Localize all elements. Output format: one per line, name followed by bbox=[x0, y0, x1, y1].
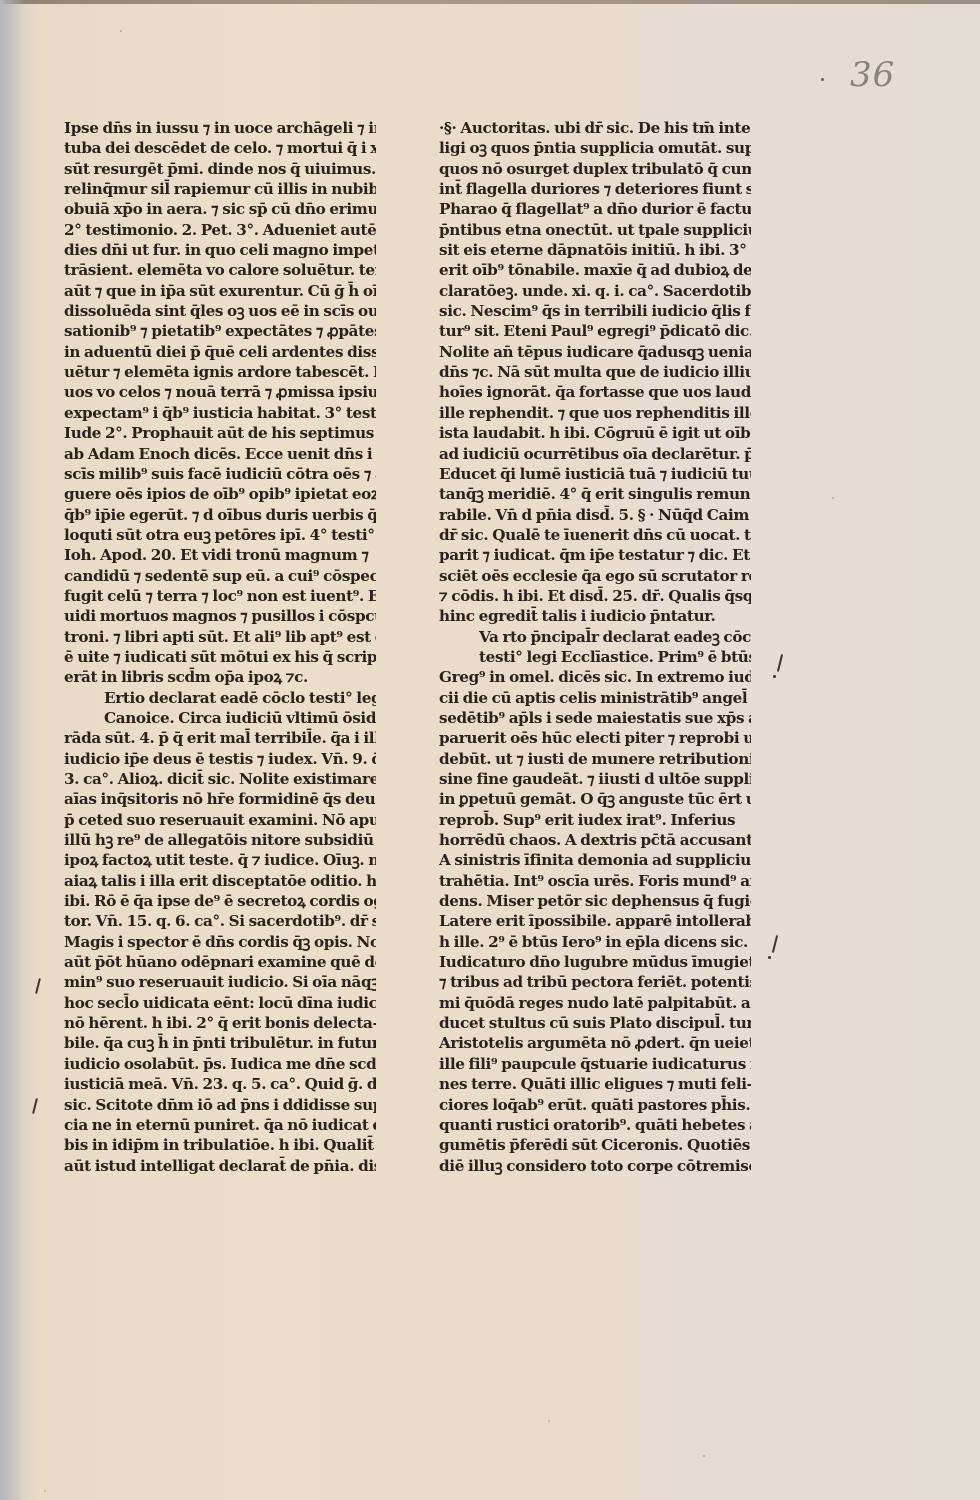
margin-stroke-mark bbox=[35, 978, 41, 994]
text-line: Iude 2°. Prophauit aūt de his septimus bbox=[64, 423, 376, 443]
text-line: relinq̄mur sil̄ rapiemur cū illis in nub… bbox=[64, 179, 376, 199]
text-line: bile. q̄a cuꝫ h̄ in p̄nti tribulētur. in… bbox=[64, 1033, 376, 1053]
text-line: sic. Scitote dn̄m iō ad p̄ns i ddidisse … bbox=[64, 1095, 376, 1115]
text-line: sationib⁹ ⁊ pietatib⁹ expectātes ⁊ ꝓpāte… bbox=[64, 321, 376, 341]
text-line: claratōeꝫ. unde. xi. q. i. ca°. Sacerdot… bbox=[439, 281, 751, 301]
text-line: h ille. 2⁹ ē btūs Iero⁹ in ep̄la dicens … bbox=[439, 932, 751, 952]
margin-dot-mark bbox=[773, 675, 776, 678]
folio-number: 36 bbox=[850, 55, 895, 95]
text-line: guere oēs ipios de oīb⁹ opib⁹ ipietat eo… bbox=[64, 484, 376, 504]
text-line: quos nō osurget duplex tribulatō q̄ cum bbox=[439, 159, 751, 179]
text-line: tanq̄ꝫ meridiē. 4° q̄ erit singulis remu… bbox=[439, 484, 751, 504]
text-line: sic. Nescim⁹ q̄s in terribili iudicio q̄… bbox=[439, 301, 751, 321]
page-top-edge bbox=[0, 0, 980, 4]
text-line: Nolite an̄ tēpus iudicare q̄adusqꝫ uenia… bbox=[439, 342, 751, 362]
text-line: ista laudabit. h ibi. Cōgruū ē igit ut o… bbox=[439, 423, 751, 443]
text-line: cia ne in eternū puniret. q̄a nō iudicat… bbox=[64, 1115, 376, 1135]
text-line: trāsient. elemēta vo calore soluētur. te… bbox=[64, 260, 376, 280]
margin-stroke-mark bbox=[772, 935, 778, 953]
text-line: p̄ ceted suo reseruauit examini. Nō apud bbox=[64, 810, 376, 830]
text-line: Latere erit īpossibile. apparē intollera… bbox=[439, 911, 751, 931]
text-line: fugit celū ⁊ terra ⁊ loc⁹ non est iuent⁹… bbox=[64, 586, 376, 606]
text-line: aīas inq̄sitoris nō hr̄e formidinē q̄s d… bbox=[64, 789, 376, 809]
text-line: aūt ⁊ que in ip̄a sūt exurentur. Cū ḡ h̄… bbox=[64, 281, 376, 301]
text-line: ⁊ tribus ad tribū pectora feriēt. potent… bbox=[439, 972, 751, 992]
text-line: paruerit oēs hūc electi piter ⁊ reprobi … bbox=[439, 728, 751, 748]
text-line: reprob̄. Sup⁹ erit iudex irat⁹. Inferius bbox=[439, 810, 751, 830]
text-line: scīs milib⁹ suis facē iudiciū cōtra oēs … bbox=[64, 464, 376, 484]
text-line: ē uite ⁊ iudicati sūt mōtui ex his q̄ sc… bbox=[64, 647, 376, 667]
text-line: Ioh. Apod. 20. Et vidi tronū magnum ⁊ bbox=[64, 545, 376, 565]
text-line: q̄b⁹ ip̄ie egerūt. ⁊ d oībus duris uerbi… bbox=[64, 505, 376, 525]
text-line: sedētib⁹ ap̄ls i sede maiestatis sue xp̄… bbox=[439, 708, 751, 728]
margin-dot-mark bbox=[768, 956, 771, 959]
text-line: quanti rustici oratorib⁹. quāti hebetes … bbox=[439, 1115, 751, 1135]
text-line: Educet q̄i lumē iusticiā tuā ⁊ iudiciū t… bbox=[439, 464, 751, 484]
text-line: tuba dei descēdet de celo. ⁊ mortui q̄ i… bbox=[64, 138, 376, 158]
text-line: sūt resurgēt p̄mi. dinde nos q̄ uiuimus.… bbox=[64, 159, 376, 179]
text-line: Va rto p̄ncipal̄r declarat eadeꝫ cōclo bbox=[439, 627, 751, 647]
folio-dot bbox=[821, 78, 824, 81]
margin-stroke-mark bbox=[32, 1098, 38, 1114]
text-line: ille rephendit. ⁊ que uos rephenditis il… bbox=[439, 403, 751, 423]
text-line: 2° testimonio. 2. Pet. 3°. Adueniet autē bbox=[64, 220, 376, 240]
text-line: ·§· Auctoritas. ubi dr̄ sic. De his tm̄ … bbox=[439, 118, 751, 138]
text-line: erit oīb⁹ tōnabile. maxīe q̄ ad dubioꝝ d… bbox=[439, 260, 751, 280]
text-line: 3. ca°. Alioꝝ. dicit̄ sic. Nolite existi… bbox=[64, 769, 376, 789]
text-line: expectam⁹ i q̄b⁹ iusticia habitat. 3° te… bbox=[64, 403, 376, 423]
text-line: min⁹ suo reseruauit iudicio. Si oīa nāqꝫ… bbox=[64, 972, 376, 992]
text-line: nes terre. Quāti illic eligues ⁊ muti fe… bbox=[439, 1074, 751, 1094]
text-line: Ipse dn̄s in iussu ⁊ in uoce archāgeli ⁊… bbox=[64, 118, 376, 138]
text-line: dn̄s ⁊c. Nā sūt multa que de iudicio ill… bbox=[439, 362, 751, 382]
text-line: cii die cū aptis celis ministrātib⁹ ange… bbox=[439, 688, 751, 708]
text-line: hoc secl̄o uidicata eēnt: locū dīna iudi… bbox=[64, 993, 376, 1013]
text-line: aūt istud intelligat declarat̄ de pn̄ia.… bbox=[64, 1156, 376, 1176]
text-line: aiaꝝ talis i illa erit disceptatōe oditi… bbox=[64, 871, 376, 891]
text-line: testi° legi Ecclīastice. Prim⁹ ē btūs bbox=[439, 647, 751, 667]
text-line: erāt in libris scd̄m op̄a ipoꝝ ⁊c. bbox=[64, 667, 376, 687]
text-line: gumētis p̄ferēdi sūt Ciceronis. Quotiēs bbox=[439, 1135, 751, 1155]
text-line: ibi. Rō ē q̄a ipse de⁹ ē secretoꝝ cordis… bbox=[64, 891, 376, 911]
text-line: illū hꝫ re⁹ de allegatōis nitore subsidi… bbox=[64, 830, 376, 850]
text-column-right: ·§· Auctoritas. ubi dr̄ sic. De his tm̄ … bbox=[439, 118, 751, 1176]
text-line: ciores loq̄ab⁹ erūt. quāti pastores ph̄i… bbox=[439, 1095, 751, 1115]
text-line: ⁊ cōdis. h ibi. Et disd̄. 25. dr̄. Quali… bbox=[439, 586, 751, 606]
paper-speck bbox=[44, 1490, 46, 1492]
text-line: troni. ⁊ libri apti sūt. Et ali⁹ lib apt… bbox=[64, 627, 376, 647]
text-line: tor. Vn̄. 15. q. 6. ca°. Si sacerdotib⁹.… bbox=[64, 911, 376, 931]
text-line: parit ⁊ iudicat. q̄m ip̄e testatur ⁊ dic… bbox=[439, 545, 751, 565]
text-line: ad iudiciū ocurrētibus oīa declarētur. p… bbox=[439, 444, 751, 464]
text-line: bis in idip̄m in tribulatiōe. h ibi. Qua… bbox=[64, 1135, 376, 1155]
text-line: ipoꝝ factoꝝ utit teste. q̄ ⁊ iudice. Oīu… bbox=[64, 850, 376, 870]
text-line: ab Adam Enoch dicēs. Ecce uenit dn̄s i bbox=[64, 444, 376, 464]
binding-shadow bbox=[0, 0, 24, 1500]
text-line: iusticiā meā. Vn̄. 23. q. 5. ca°. Quid ḡ… bbox=[64, 1074, 376, 1094]
text-line: int̄ flagella duriores ⁊ deteriores fiun… bbox=[439, 179, 751, 199]
text-line: rāda sūt. 4. p̄ q̄ erit mal̄ terribil̄e.… bbox=[64, 728, 376, 748]
text-line: rabile. Vn̄ d pn̄ia disd̄. 5. § · Nūq̄d … bbox=[439, 505, 751, 525]
text-line: dens. Miser petōr sic dephensus q̄ fugie… bbox=[439, 891, 751, 911]
text-line: Aristotelis argumēta nō ꝓdert. q̄n ueiet bbox=[439, 1033, 751, 1053]
text-line: hoīes ignorāt. q̄a fortasse que uos laud… bbox=[439, 382, 751, 402]
text-line: diē illuꝫ considero toto corpe cōtremisc… bbox=[439, 1156, 751, 1176]
text-line: A sinistris īfinita demonia ad suppliciu… bbox=[439, 850, 751, 870]
text-line: sciēt oēs ecclesie q̄a ego sū scrutator … bbox=[439, 566, 751, 586]
text-line: Ertio declarat eadē cōclo testi° legis bbox=[64, 688, 376, 708]
text-line: ligi oꝫ quos p̄ntia supplicia omutāt. su… bbox=[439, 138, 751, 158]
text-line: loquti sūt otra euꝫ petōres ipī. 4° test… bbox=[64, 525, 376, 545]
paper-speck bbox=[703, 1455, 705, 1457]
text-line: iudicio ip̄e deus ē testis ⁊ iudex. Vn̄.… bbox=[64, 749, 376, 769]
text-line: p̄ntibus etna onectūt. ut tpale supplici… bbox=[439, 220, 751, 240]
paper-speck bbox=[120, 30, 122, 32]
text-line: ille fili⁹ paupcule q̄stuarie iudicaturu… bbox=[439, 1054, 751, 1074]
margin-stroke-mark bbox=[777, 654, 783, 672]
text-line: dissoluēda sint q̄les oꝫ uos eē in scīs … bbox=[64, 301, 376, 321]
text-line: Magis i spector ē dn̄s cordis q̄ꝫ opis. … bbox=[64, 932, 376, 952]
text-line: aūt p̄ōt hūano odēpnari examine quē do bbox=[64, 952, 376, 972]
text-line: horrēdū chaos. A dextris pc̄tā accusanti… bbox=[439, 830, 751, 850]
text-line: candidū ⁊ sedentē sup eū. a cui⁹ cōspect… bbox=[64, 566, 376, 586]
text-line: dr̄ sic. Qualē te īuenerit dn̄s cū uocat… bbox=[439, 525, 751, 545]
paper-speck bbox=[548, 1420, 550, 1422]
text-line: obuiā xp̄o in aera. ⁊ sic sp̄ cū dn̄o er… bbox=[64, 199, 376, 219]
text-line: sit eis eterne dāpnatōis initiū. h ibi. … bbox=[439, 240, 751, 260]
text-line: nō hērent. h ibi. 2° q̄ erit bonis delec… bbox=[64, 1013, 376, 1033]
paper-speck bbox=[832, 497, 834, 499]
text-line: trahētia. Int⁹ oscīa urēs. Foris mund⁹ a… bbox=[439, 871, 751, 891]
text-line: hinc egredit̄ talis i iudicio p̄ntatur. bbox=[439, 606, 751, 626]
text-line: uidi mortuos magnos ⁊ pusillos i cōspcū bbox=[64, 606, 376, 626]
text-line: Pharao q̄ flagellat⁹ a dn̄o durior ē fac… bbox=[439, 199, 751, 219]
text-line: debūt. ut ⁊ iusti de munere retributioni… bbox=[439, 749, 751, 769]
text-column-left: Ipse dn̄s in iussu ⁊ in uoce archāgeli ⁊… bbox=[64, 118, 376, 1176]
text-line: uētur ⁊ elemēta ignis ardore tabescēt. N… bbox=[64, 362, 376, 382]
text-line: ducet stultus cū suis Plato discipul̄. t… bbox=[439, 1013, 751, 1033]
text-line: mi q̄uōdā reges nudo latē palpitabūt. ad bbox=[439, 993, 751, 1013]
text-line: tur⁹ sit. Eteni Paul⁹ egregi⁹ p̄dicatō d… bbox=[439, 321, 751, 341]
text-line: Greg⁹ in omel. dicēs sic. In extremo iud… bbox=[439, 667, 751, 687]
text-line: iudicio osolabūt. p̄s. Iudica me dn̄e sc… bbox=[64, 1054, 376, 1074]
text-line: Iudicaturo dn̄o lugubre mūdus īmugiet bbox=[439, 952, 751, 972]
text-line: uos vo celos ⁊ nouā terrā ⁊ ꝓmissa ipsiu… bbox=[64, 382, 376, 402]
text-line: Canoice. Circa iudiciū vltimū ōside bbox=[64, 708, 376, 728]
text-line: dies dn̄i ut fur. in quo celi magno impe… bbox=[64, 240, 376, 260]
text-line: sine fine gaudeāt. ⁊ iiusti d ultōe supp… bbox=[439, 769, 751, 789]
text-line: in aduentū diei p̄ q̄uē celi ardentes di… bbox=[64, 342, 376, 362]
text-line: in ꝑpetuū gemāt. O q̄ꝫ anguste tūc ērt u… bbox=[439, 789, 751, 809]
